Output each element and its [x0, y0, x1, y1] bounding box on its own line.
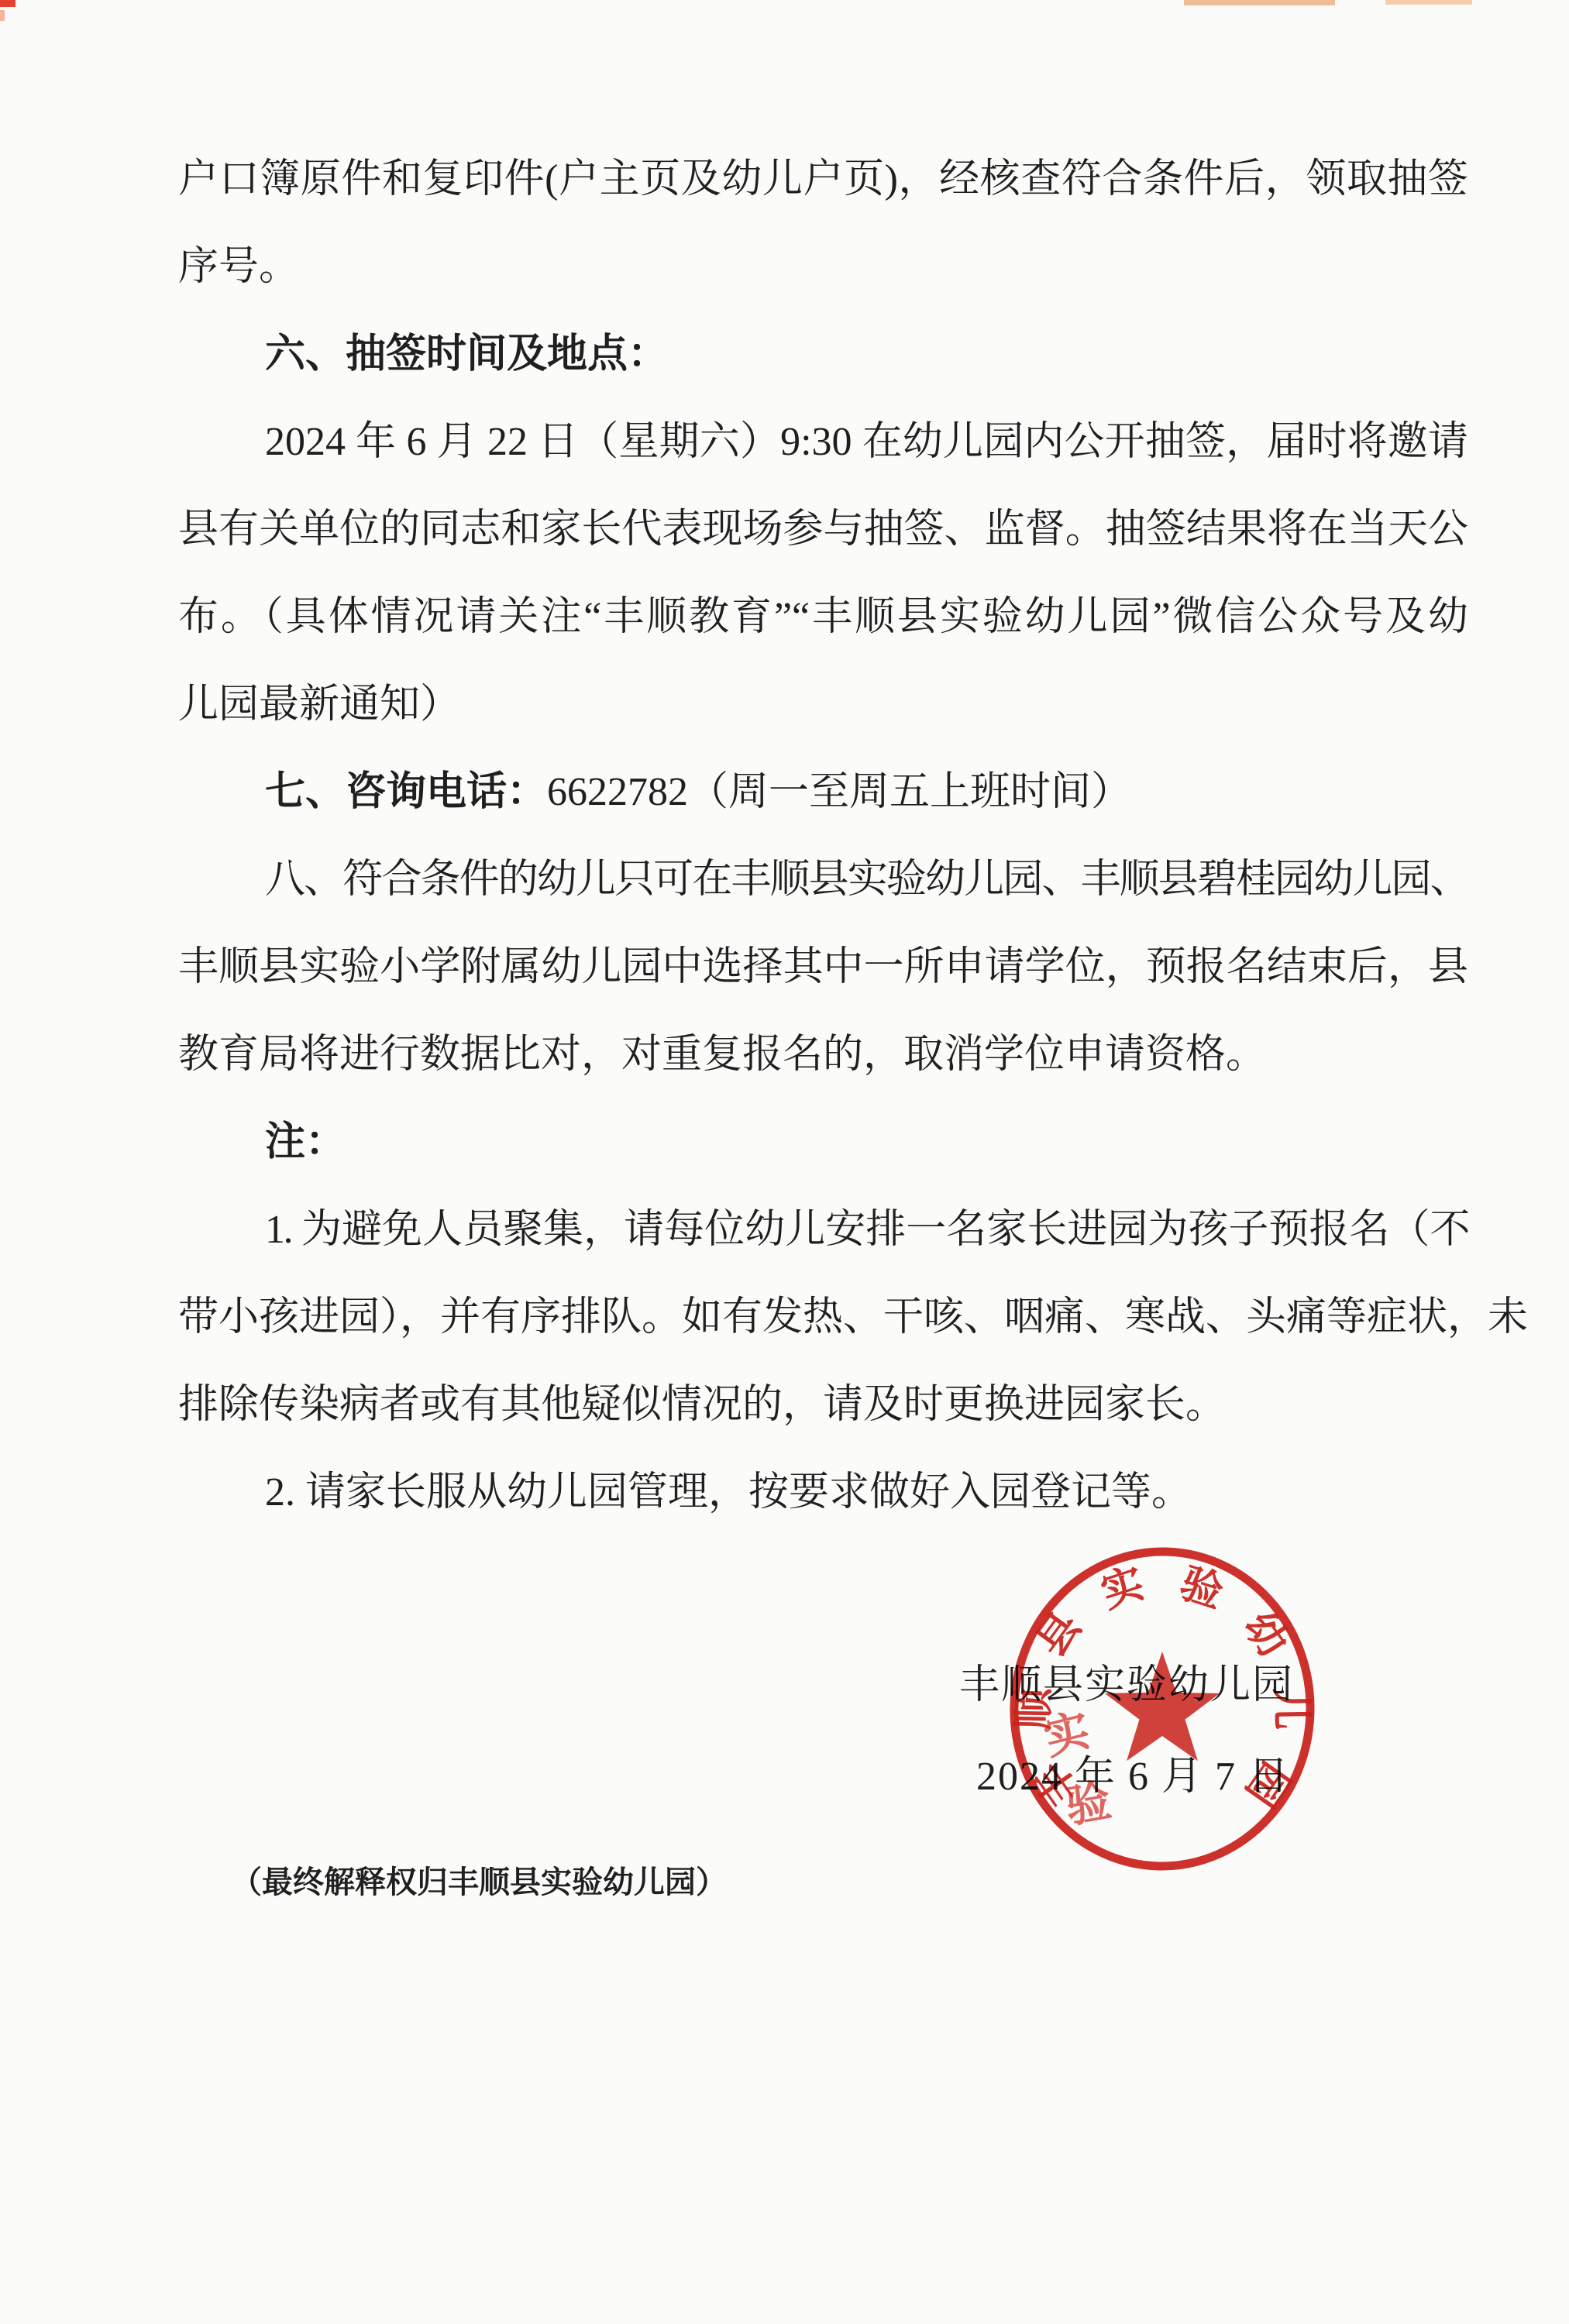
scanned-notice-page: 户口簿原件和复印件(户主页及幼儿户页)，经核查符合条件后，领取抽签 序号。 六、… — [0, 0, 1569, 2324]
body-line-11: 教育局将进行数据比对，对重复报名的，取消学位申请资格。 — [178, 1028, 1468, 1082]
body-line-15: 排除传染病者或有其他疑似情况的，请及时更换进园家长。 — [178, 1378, 1468, 1432]
body-line-10: 丰顺县实验小学附属幼儿园中选择其中一所申请学位，预报名结束后，县 — [178, 940, 1468, 995]
body-line-16: 2. 请家长服从幼儿园管理，按要求做好入园登记等。 — [265, 1466, 1468, 1520]
scan-edge-streak — [1385, 0, 1472, 5]
body-line-9: 八、符合条件的幼儿只可在丰顺县实验幼儿园、丰顺县碧桂园幼儿园、 — [265, 853, 1468, 907]
scan-edge-streak — [1184, 0, 1335, 5]
body-line-2: 序号。 — [178, 240, 1468, 294]
body-line-1: 户口簿原件和复印件(户主页及幼儿户页)，经核查符合条件后，领取抽签 — [178, 153, 1468, 207]
note-heading: 注： — [265, 1116, 1468, 1170]
scan-corner-mark-small — [0, 10, 5, 21]
body-line-14: 带小孩进园），并有序排队。如有发热、干咳、咽痛、寒战、头痛等症状，未 — [178, 1291, 1468, 1345]
body-line-6: 布。（具体情况请关注“丰顺教育”“丰顺县实验幼儿园”微信公众号及幼 — [178, 590, 1468, 645]
body-line-4: 2024 年 6 月 22 日（星期六）9:30 在幼儿园内公开抽签，届时将邀请 — [265, 415, 1468, 469]
signature-date: 2024 年 6 月 7 日 — [976, 1743, 1290, 1801]
signature-org: 丰顺县实验幼儿园 — [959, 1652, 1294, 1710]
footer-note: （最终解释权归丰顺县实验幼儿园） — [231, 1858, 727, 1902]
body-line-7: 儿园最新通知） — [178, 678, 1468, 732]
body-line-5: 县有关单位的同志和家长代表现场参与抽签、监督。抽签结果将在当天公 — [178, 503, 1468, 557]
section-heading-7: 七、咨询电话：6622782（周一至周五上班时间） — [265, 765, 1468, 820]
body-line-13: 1. 为避免人员聚集，请每位幼儿安排一名家长进园为孩子预报名（不 — [265, 1203, 1468, 1257]
scan-corner-mark — [0, 0, 15, 7]
section-heading-6: 六、抽签时间及地点： — [265, 328, 1468, 382]
